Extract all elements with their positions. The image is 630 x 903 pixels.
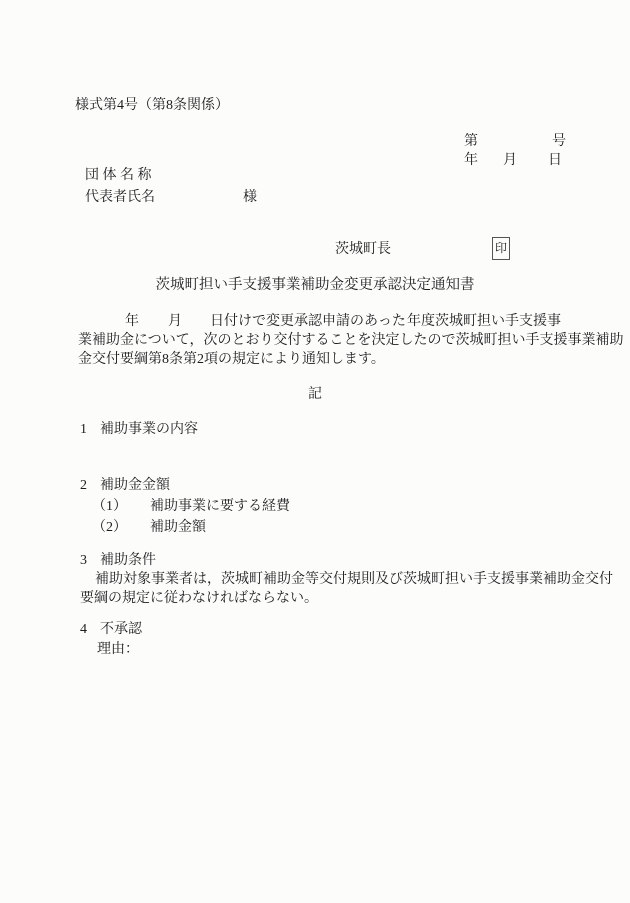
item-2-heading: 補助金金額	[100, 476, 170, 495]
document-page: 様式第4号（第8条関係） 第 号 年 月 日 団 体 名 称 代表者氏名 様 茨…	[0, 0, 630, 903]
item-3-number: 3	[80, 551, 87, 570]
item-2-sub-1-text: 補助事業に要する経費	[150, 497, 290, 516]
document-title: 茨城町担い手支援事業補助金変更承認決定通知書	[0, 276, 630, 295]
issue-date-month-label: 月	[503, 151, 517, 170]
issue-date-year-label: 年	[464, 151, 478, 170]
ki-marker: 記	[0, 385, 630, 404]
item-3-body-line2: 要綱の規定に従わなければならない。	[80, 589, 318, 608]
item-3-heading: 補助条件	[100, 551, 156, 570]
body-date-day-label: 日	[210, 312, 224, 331]
body-date-month-label: 月	[168, 312, 182, 331]
addressee-rep-label: 代表者氏名	[85, 188, 155, 207]
issue-date-day-label: 日	[548, 151, 562, 170]
item-1-number: 1	[80, 420, 87, 439]
item-4-number: 4	[80, 620, 87, 639]
item-4-heading: 不承認	[100, 620, 142, 639]
item-3-body-line1: 補助対象事業者は，茨城町補助金等交付規則及び茨城町担い手支援事業補助金交付	[95, 570, 613, 589]
sender-title: 茨城町長	[335, 240, 391, 259]
item-2-number: 2	[80, 476, 87, 495]
item-2-sub-2-marker: （2）	[92, 518, 127, 537]
item-1-heading: 補助事業の内容	[100, 420, 198, 439]
addressee-org-label: 団 体 名 称	[85, 166, 152, 185]
item-4-reason-label: 理由：	[97, 640, 139, 659]
body-line1-tail: 年度茨城町担い手支援事	[407, 312, 561, 331]
addressee-honorific: 様	[243, 188, 257, 207]
seal-placeholder: 印	[492, 237, 510, 260]
item-2-sub-2-text: 補助金額	[150, 518, 206, 537]
item-2-sub-1-marker: （1）	[92, 497, 127, 516]
body-line1-mid: 付けで変更承認申請のあった	[224, 312, 406, 331]
body-line3: 金交付要綱第8条第2項の規定により通知します。	[78, 350, 385, 369]
issue-number-prefix: 第	[464, 132, 478, 151]
body-line2: 業補助金について，次のとおり交付することを決定したので茨城町担い手支援事業補助	[78, 331, 623, 350]
issue-number-suffix: 号	[552, 132, 566, 151]
form-number: 様式第4号（第8条関係）	[75, 96, 229, 115]
body-date-year-label: 年	[125, 312, 139, 331]
